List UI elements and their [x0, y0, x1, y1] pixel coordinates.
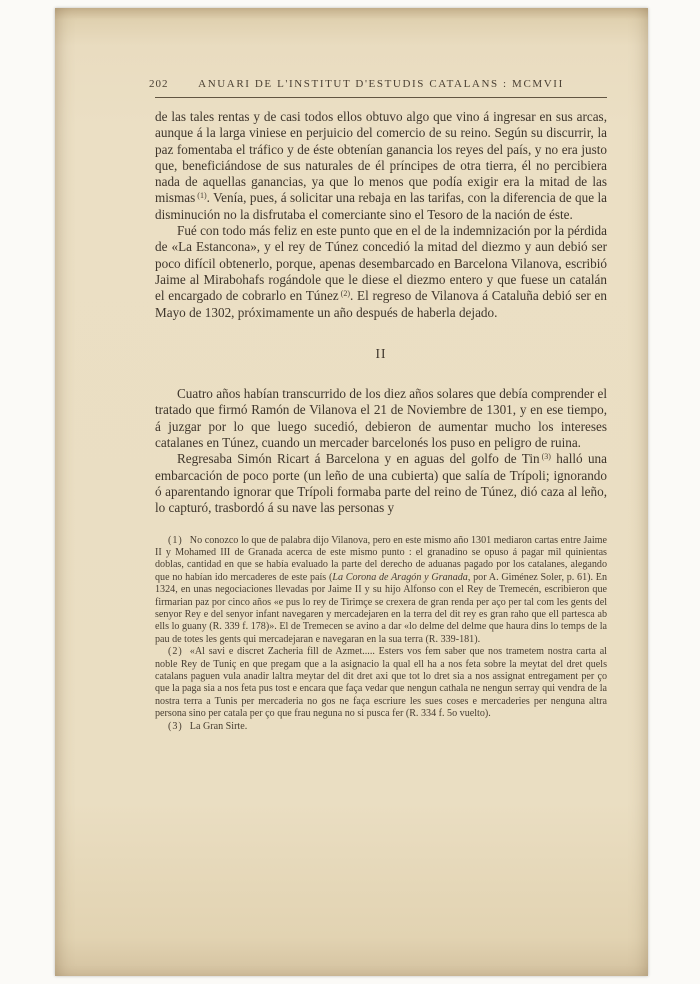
footnote-3-text: La Gran Sirte.	[190, 721, 247, 732]
page-content: 202 ANUARI DE L'INSTITUT D'ESTUDIS CATAL…	[155, 76, 607, 733]
footnote-ref-1: (1)	[197, 191, 206, 200]
footnote-1-book-title: La Corona de Aragón y Granada	[332, 572, 468, 583]
paragraph-2: Fué con todo más feliz en este punto que…	[155, 223, 607, 321]
header-rule	[155, 97, 607, 98]
paragraph-3-text: Cuatro años habían transcurrido de los d…	[155, 386, 607, 450]
footnote-2-marker: (2)	[168, 646, 183, 657]
paragraph-3: Cuatro años habían transcurrido de los d…	[155, 386, 607, 451]
footnote-2: (2)«Al savi e discret Zacheria fill de A…	[155, 646, 607, 720]
paragraph-4: Regresaba Simón Ricart á Barcelona y en …	[155, 451, 607, 516]
footnote-1: (1)No conozco lo que de palabra dijo Vil…	[155, 535, 607, 647]
body-text: de las tales rentas y de casi todos ello…	[155, 109, 607, 733]
footnote-1-marker: (1)	[168, 535, 183, 546]
paragraph-1-text-cont: . Venía, pues, á solicitar una rebaja en…	[155, 190, 607, 221]
book-page-scan: 202 ANUARI DE L'INSTITUT D'ESTUDIS CATAL…	[55, 8, 648, 976]
footnote-ref-2: (2)	[341, 289, 350, 298]
paragraph-4-text: Regresaba Simón Ricart á Barcelona y en …	[177, 451, 540, 466]
footnotes-section: (1)No conozco lo que de palabra dijo Vil…	[155, 535, 607, 734]
section-heading: II	[155, 346, 607, 362]
footnote-3-marker: (3)	[168, 721, 183, 732]
footnote-3: (3)La Gran Sirte.	[155, 721, 607, 733]
footnote-2-text: «Al savi e discret Zacheria fill de Azme…	[155, 646, 607, 719]
footnote-ref-3: (3)	[542, 452, 551, 461]
running-header: 202 ANUARI DE L'INSTITUT D'ESTUDIS CATAL…	[155, 76, 607, 92]
page-number: 202	[149, 76, 169, 92]
paragraph-1: de las tales rentas y de casi todos ello…	[155, 109, 607, 223]
journal-title: ANUARI DE L'INSTITUT D'ESTUDIS CATALANS …	[198, 78, 564, 90]
